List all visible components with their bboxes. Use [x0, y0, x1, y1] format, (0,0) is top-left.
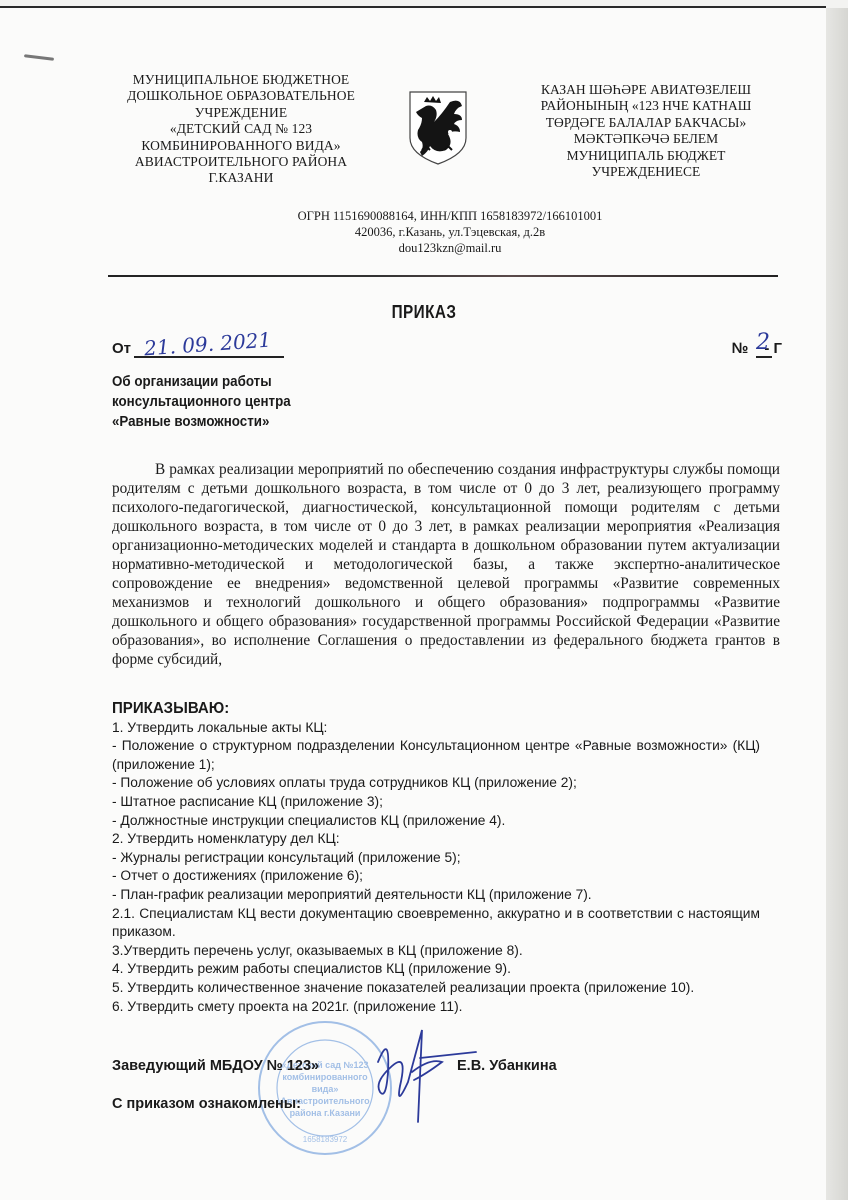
header-line: МУНИЦИПАЛЬНОЕ БЮДЖЕТНОЕ [108, 72, 374, 88]
header-line: Г.КАЗАНИ [108, 170, 374, 186]
subject-line: консультационного центра [112, 392, 388, 412]
order-item: - Должностные инструкции специалистов КЦ… [112, 812, 760, 831]
requisites-ids: ОГРН 1151690088164, ИНН/КПП 1658183972/1… [250, 208, 650, 224]
order-heading: ПРИКАЗЫВАЮ: [112, 700, 760, 719]
order-item: 3.Утвердить перечень услуг, оказываемых … [112, 942, 760, 961]
signatory-title: Заведующий МБДОУ № 123» [112, 1058, 319, 1074]
header-line: МӘКТӘПКӘЧӘ БЕЛЕМ [510, 131, 782, 147]
signature-row: Заведующий МБДОУ № 123» Е.В. Убанкина [112, 1058, 672, 1074]
header-line: РАЙОНЫНЫҢ «123 НЧЕ КАТНАШ [510, 98, 782, 114]
order-item: - Положение о структурном подразделении … [112, 737, 760, 774]
order-item: - Отчет о достижениях (приложение 6); [112, 867, 760, 886]
order-item: 1. Утвердить локальные акты КЦ: [112, 719, 760, 738]
order-item: 4. Утвердить режим работы специалистов К… [112, 960, 760, 979]
handwritten-signature [360, 1022, 480, 1132]
order-item: 6. Утвердить смету проекта на 2021г. (пр… [112, 998, 760, 1017]
header-line: АВИАСТРОИТЕЛЬНОГО РАЙОНА [108, 154, 374, 170]
order-item: 2. Утвердить номенклатуру дел КЦ: [112, 830, 760, 849]
page-edge-shadow [826, 8, 848, 1200]
order-section: ПРИКАЗЫВАЮ: 1. Утвердить локальные акты … [112, 700, 760, 1016]
header-line: УЧРЕЖДЕНИЕСЕ [510, 164, 782, 180]
header-line: УЧРЕЖДЕНИЕ [108, 105, 374, 121]
header-divider [108, 275, 778, 277]
order-item: 5. Утвердить количественное значение пок… [112, 979, 760, 998]
order-item: - Штатное расписание КЦ (приложение 3); [112, 793, 760, 812]
document-title: ПРИКАЗ [64, 302, 785, 323]
kazan-coat-of-arms-icon [404, 88, 472, 166]
preamble-paragraph: В рамках реализации мероприятий по обесп… [112, 460, 780, 669]
header-line: МУНИЦИПАЛЬ БЮДЖЕТ [510, 148, 782, 164]
subject-line: Об организации работы [112, 372, 388, 392]
signatory-name: Е.В. Убанкина [457, 1058, 557, 1074]
date-number-row: От 21. 09. 2021 №- Г 2 [112, 334, 782, 360]
requisites-email: dou123kzn@mail.ru [250, 240, 650, 256]
order-item: - Журналы регистрации консультаций (прил… [112, 849, 760, 868]
org-requisites: ОГРН 1151690088164, ИНН/КПП 1658183972/1… [250, 208, 650, 256]
svg-text:вида»: вида» [312, 1084, 339, 1094]
number-underline [756, 356, 772, 358]
header-line: КОМБИНИРОВАННОГО ВИДА» [108, 138, 374, 154]
document-subject: Об организации работы консультационного … [112, 372, 388, 432]
number-sign: № [732, 340, 749, 357]
order-item: - План-график реализации мероприятий дея… [112, 886, 760, 905]
number-handwritten: 2 [756, 330, 770, 355]
subject-line: «Равные возможности» [112, 412, 388, 432]
header-org-russian: МУНИЦИПАЛЬНОЕ БЮДЖЕТНОЕ ДОШКОЛЬНОЕ ОБРАЗ… [108, 72, 374, 187]
acknowledgement-label: С приказом ознакомлены: [112, 1096, 301, 1112]
header-line: ДОШКОЛЬНОЕ ОБРАЗОВАТЕЛЬНОЕ [108, 88, 374, 104]
order-item: - Положение об условиях оплаты труда сот… [112, 774, 760, 793]
header-line: КАЗАН ШӘҺӘРЕ АВИАТӨЗЕЛЕШ [510, 82, 782, 98]
requisites-address: 420036, г.Казань, ул.Тэцевская, д.2в [250, 224, 650, 240]
date-label: От [112, 340, 131, 357]
order-item: 2.1. Специалистам КЦ вести документацию … [112, 905, 760, 942]
header-org-tatar: КАЗАН ШӘҺӘРЕ АВИАТӨЗЕЛЕШ РАЙОНЫНЫҢ «123 … [510, 82, 782, 180]
svg-text:1658183972: 1658183972 [303, 1135, 348, 1144]
header-line: «ДЕТСКИЙ САД № 123 [108, 121, 374, 137]
header-line: ТӨРДӘГЕ БАЛАЛАР БАКЧАСЫ» [510, 115, 782, 131]
